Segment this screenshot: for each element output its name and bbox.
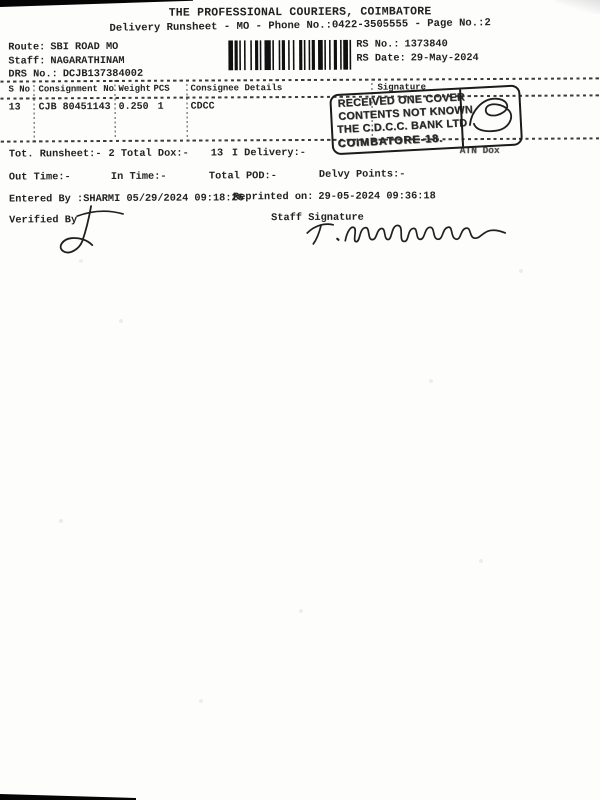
table-column-divider bbox=[33, 80, 35, 140]
col-header-consignment: Consignment No bbox=[38, 84, 114, 94]
col-header-weight: Weight bbox=[118, 84, 150, 94]
staff-label: Staff: bbox=[8, 55, 45, 67]
rs-date-label: RS Date: bbox=[356, 52, 405, 64]
total-dox: Total Dox:-13 bbox=[121, 147, 223, 160]
drs-value: DCJB137384002 bbox=[63, 68, 143, 80]
total-dox-value: 13 bbox=[211, 147, 223, 159]
total-runsheet: Tot. Runsheet:-2 bbox=[9, 148, 115, 161]
stamp-signature-scribble bbox=[461, 89, 518, 144]
staff-value: NAGARATHINAM bbox=[50, 55, 124, 67]
row-weight: 0.250 bbox=[119, 102, 149, 113]
table-column-divider bbox=[114, 80, 116, 140]
scanned-runsheet-page: THE PROFESSIONAL COURIERS, COIMBATORE De… bbox=[0, 0, 600, 800]
row-consignment: CJB 80451143 bbox=[39, 102, 111, 113]
i-delivery-label: I Delivery:- bbox=[232, 147, 306, 159]
row-sno: 13 bbox=[9, 102, 21, 113]
rs-date-value: 29-May-2024 bbox=[411, 52, 479, 64]
row-consignee: CDCC bbox=[191, 101, 215, 112]
bank-receipt-stamp: RECEIVED ONE COVER CONTENTS NOT KNOWN TH… bbox=[329, 84, 523, 155]
col-header-pcs: PCS bbox=[153, 84, 169, 94]
total-runsheet-label: Tot. Runsheet:- bbox=[9, 148, 102, 160]
reprinted-on: Reprinted on:29-05-2024 09:36:18 bbox=[233, 190, 436, 203]
verified-by-signature-scribble bbox=[49, 204, 127, 258]
drs-label: DRS No.: bbox=[8, 68, 57, 80]
meta-block-left: Route:SBI ROAD MO Staff:NAGARATHINAM DRS… bbox=[8, 41, 143, 82]
in-time-label: In Time:- bbox=[111, 171, 167, 183]
out-time-label: Out Time:- bbox=[9, 171, 71, 183]
staff-line: Staff:NAGARATHINAM bbox=[8, 54, 143, 68]
route-line: Route:SBI ROAD MO bbox=[8, 41, 143, 55]
row-pcs: 1 bbox=[158, 102, 164, 113]
col-header-sno: S No bbox=[8, 84, 30, 94]
rs-date-line: RS Date:29-May-2024 bbox=[356, 51, 478, 66]
route-value: SBI ROAD MO bbox=[50, 41, 118, 53]
meta-block-right: RS No.:1373840 RS Date:29-May-2024 bbox=[356, 37, 479, 66]
rs-no-value: 1373840 bbox=[404, 38, 447, 50]
delvy-points-label: Delvy Points:- bbox=[319, 168, 406, 180]
reprinted-label: Reprinted on: bbox=[233, 191, 313, 203]
document-sheet: THE PROFESSIONAL COURIERS, COIMBATORE De… bbox=[0, 0, 600, 800]
table-column-divider bbox=[186, 80, 188, 140]
rs-no-line: RS No.:1373840 bbox=[356, 37, 478, 52]
staff-signature-handwriting bbox=[301, 212, 511, 255]
total-dox-label: Total Dox:- bbox=[121, 148, 189, 160]
runsheet-barcode bbox=[228, 40, 354, 71]
total-pod-label: Total POD:- bbox=[209, 170, 277, 182]
route-label: Route: bbox=[8, 41, 45, 53]
total-runsheet-value: 2 bbox=[108, 148, 114, 160]
reprinted-value: 29-05-2024 09:36:18 bbox=[318, 190, 435, 203]
rs-no-label: RS No.: bbox=[356, 38, 399, 50]
col-header-consignee: Consignee Details bbox=[190, 83, 282, 93]
